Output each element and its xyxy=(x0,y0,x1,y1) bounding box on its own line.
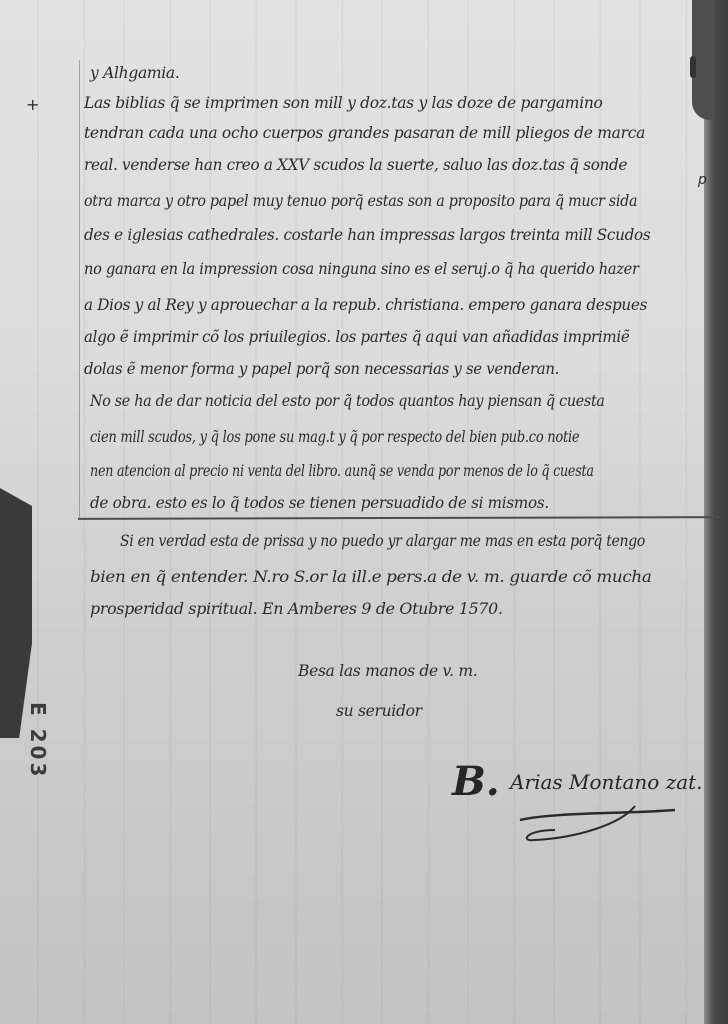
signature-flourish-icon xyxy=(515,800,728,850)
signature-name: Arias Montano xyxy=(510,770,659,794)
body-line: tendran cada una ocho cuerpos grandes pa… xyxy=(84,124,645,142)
body-line: cien mill scudos, y q̃ los pone su mag.t… xyxy=(90,428,579,446)
signature-initial: B. xyxy=(452,758,500,805)
body-line: real. venderse han creo a XXV scudos la … xyxy=(84,156,627,174)
closing-line: prosperidad spiritual. En Amberes 9 de O… xyxy=(90,600,503,618)
signature-suffix: zat. xyxy=(666,770,703,794)
margin-note: p xyxy=(698,172,707,188)
page-edge-shadow-left xyxy=(0,488,32,738)
body-line: des e iglesias cathedrales. costarle han… xyxy=(84,226,650,244)
valediction: Besa las manos de v. m. xyxy=(298,662,477,680)
margin-cross-mark: + xyxy=(26,95,39,114)
ink-blot xyxy=(690,56,696,78)
document-page: + p y Alhgamia. Las biblias q̃ se imprim… xyxy=(0,0,728,1024)
subscription: su seruidor xyxy=(336,702,422,720)
horizontal-rule xyxy=(78,516,720,520)
body-line: otra marca y otro papel muy tenuo porq̃ … xyxy=(84,192,637,210)
body-line: algo ẽ imprimir cõ los priuilegios. los … xyxy=(84,328,630,346)
page-edge-shadow-right xyxy=(704,0,728,1024)
body-line: no ganara en la impression cosa ninguna … xyxy=(84,260,639,278)
body-line: Las biblias q̃ se imprimen son mill y do… xyxy=(84,94,603,112)
body-line: y Alhgamia. xyxy=(90,64,180,82)
body-line: de obra. esto es lo q̃ todos se tienen p… xyxy=(90,494,549,512)
body-line: dolas ẽ menor forma y papel porq̃ son ne… xyxy=(84,360,559,378)
margin-rule xyxy=(79,60,80,518)
closing-line: Si en verdad esta de prissa y no puedo y… xyxy=(120,532,645,550)
photocopy-streaks xyxy=(0,0,728,1024)
body-line: a Dios y al Rey y aprouechar a la repub.… xyxy=(84,296,647,314)
signature: B. Arias Montano zat. xyxy=(452,758,703,805)
closing-line: bien en q̃ entender. N.ro S.or la ill.e … xyxy=(90,568,652,586)
archive-number: E 203 xyxy=(26,702,50,779)
body-line: nen atencion al precio ni venta del libr… xyxy=(90,462,594,480)
body-line: No se ha de dar noticia del esto por q̃ … xyxy=(90,392,605,410)
